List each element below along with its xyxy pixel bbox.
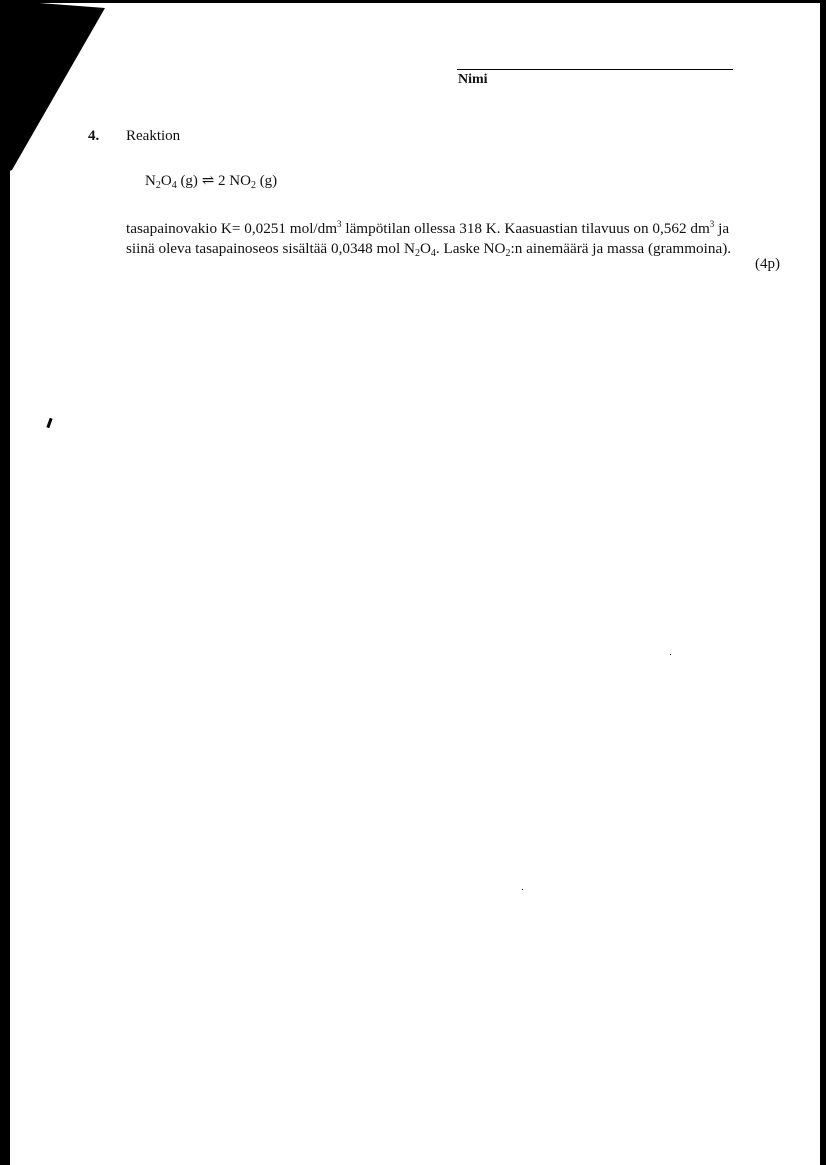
question-number: 4. (88, 128, 99, 145)
eq-state: (g) (256, 173, 277, 189)
reaction-equation: N2O4 (g) ⇌ 2 NO2 (g) (145, 171, 277, 191)
eq-state: (g) (177, 173, 198, 189)
eq-part: O (161, 173, 172, 189)
text-run: O (420, 240, 431, 257)
eq-part: 2 NO (218, 173, 251, 189)
question-text-line-1: tasapainovakio K= 0,0251 mol/dm3 lämpöti… (126, 214, 804, 239)
text-run: siinä oleva tasapainoseos sisältää 0,034… (126, 240, 415, 257)
name-signature-line (457, 69, 733, 70)
text-run: lämpötilan ollessa 318 K. Kaasuastian ti… (342, 220, 710, 237)
equilibrium-arrow-icon: ⇌ (198, 173, 218, 189)
question-text-line-2: siinä oleva tasapainoseos sisältää 0,034… (126, 239, 804, 264)
text-run: ja (714, 220, 729, 237)
text-run: tasapainovakio K= 0,0251 mol/dm (126, 220, 337, 237)
question-points: (4p) (755, 256, 780, 273)
scan-right-border (820, 0, 826, 1165)
scan-speck (522, 889, 523, 890)
scan-top-border (0, 0, 826, 3)
question-intro: Reaktion (126, 128, 180, 145)
scan-speck (670, 654, 671, 655)
scan-speck (46, 418, 52, 428)
eq-part: N (145, 173, 156, 189)
scan-corner-shadow (0, 0, 110, 175)
text-run: :n ainemäärä ja massa (grammoina). (511, 240, 732, 257)
text-run: . Laske NO (436, 240, 506, 257)
question-text: tasapainovakio K= 0,0251 mol/dm3 lämpöti… (126, 214, 804, 264)
name-label: Nimi (458, 72, 488, 88)
